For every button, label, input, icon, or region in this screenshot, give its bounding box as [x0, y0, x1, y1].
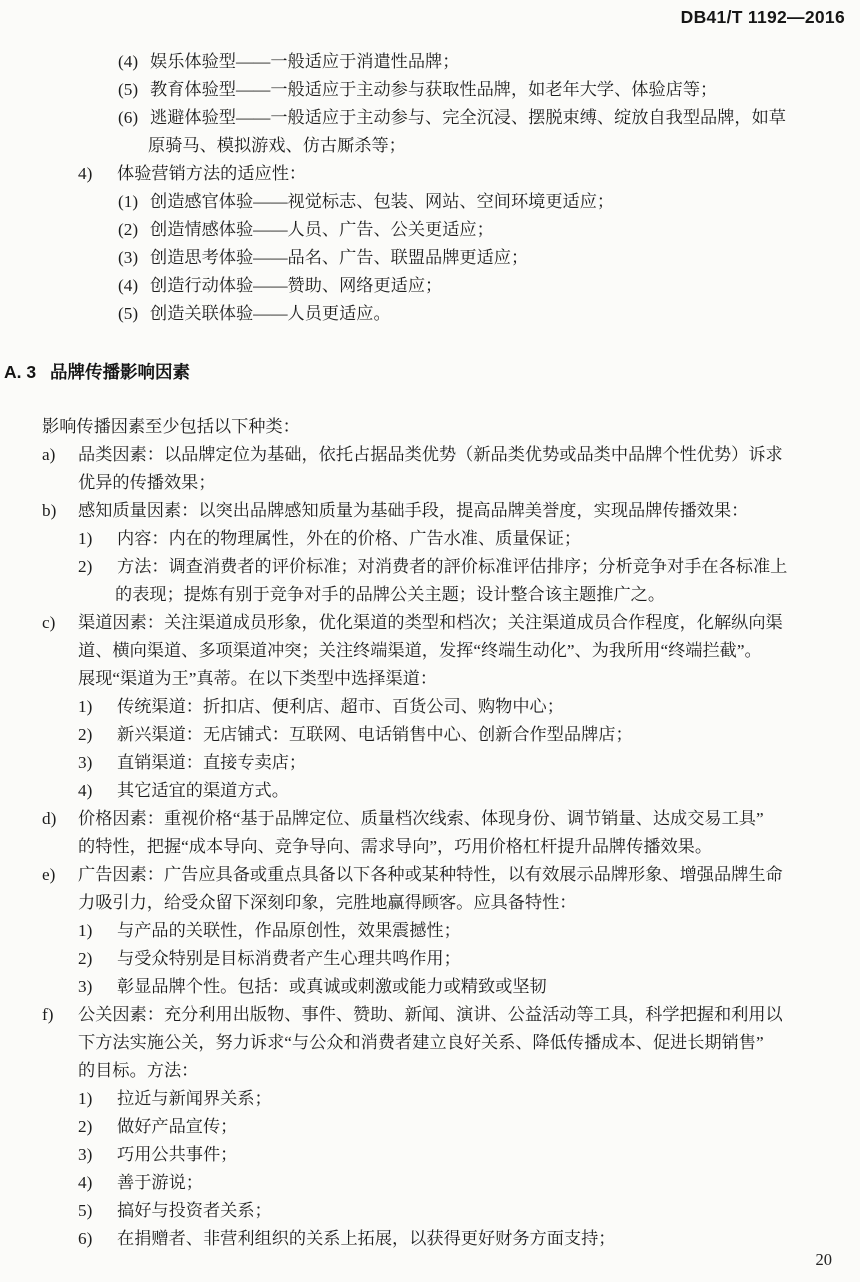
line-marker: (3): [118, 244, 150, 272]
line-marker: 6): [78, 1225, 117, 1253]
line-text: 创造感官体验——视觉标志、包装、网站、空间环境更适应；: [150, 192, 614, 211]
doc-line: 3)直销渠道：直接专卖店；: [0, 749, 860, 777]
line-text: 优异的传播效果；: [78, 473, 216, 492]
doc-line: (2)创造情感体验——人员、广告、公关更适应；: [0, 216, 860, 244]
doc-line: 下方法实施公关，努力诉求“与公众和消费者建立良好关系、降低传播成本、促进长期销售…: [0, 1029, 860, 1057]
doc-line: b)感知质量因素：以突出品牌感知质量为基础手段，提高品牌美誉度，实现品牌传播效果…: [0, 497, 860, 525]
line-text: 创造行动体验——赞助、网络更适应；: [150, 276, 442, 295]
doc-line: 2)与受众特别是目标消费者产生心理共鸣作用；: [0, 945, 860, 973]
line-marker: f): [42, 1001, 78, 1029]
doc-line: (6)逃避体验型——一般适应于主动参与、完全沉浸、摆脱束缚、绽放自我型品牌，如草: [0, 104, 860, 132]
line-marker: (6): [118, 104, 150, 132]
line-text: 创造情感体验——人员、广告、公关更适应；: [150, 220, 494, 239]
doc-line: 3)彰显品牌个性。包括：或真诚或刺激或能力或精致或坚韧: [0, 973, 860, 1001]
line-text: 品牌传播影响因素: [50, 362, 190, 382]
doc-line: 1)内容：内在的物理属性，外在的价格、广告水准、质量保证；: [0, 525, 860, 553]
line-text: 在捐赠者、非营利组织的关系上拓展，以获得更好财务方面支持；: [117, 1229, 615, 1248]
doc-line: 1)传统渠道：折扣店、便利店、超市、百货公司、购物中心；: [0, 693, 860, 721]
line-text: 教育体验型——一般适应于主动参与获取性品牌，如老年大学、体验店等；: [150, 80, 717, 99]
line-marker: (2): [118, 216, 150, 244]
doc-line: 的特性，把握“成本导向、竞争导向、需求导向”，巧用价格杠杆提升品牌传播效果。: [0, 833, 860, 861]
line-text: 原骑马、模拟游戏、仿古厮杀等；: [148, 136, 406, 155]
doc-line: f)公关因素：充分利用出版物、事件、赞助、新闻、演讲、公益活动等工具，科学把握和…: [0, 1001, 860, 1029]
line-marker: 1): [78, 1085, 117, 1113]
doc-line: c)渠道因素：关注渠道成员形象，优化渠道的类型和档次；关注渠道成员合作程度，化解…: [0, 609, 860, 637]
doc-line: (4)创造行动体验——赞助、网络更适应；: [0, 272, 860, 300]
doc-line: d)价格因素：重视价格“基于品牌定位、质量档次线索、体现身份、调节销量、达成交易…: [0, 805, 860, 833]
doc-line: 原骑马、模拟游戏、仿古厮杀等；: [0, 132, 860, 160]
line-text: 与受众特别是目标消费者产生心理共鸣作用；: [117, 949, 461, 968]
line-text: 与产品的关联性，作品原创性，效果震撼性；: [117, 921, 461, 940]
line-marker: a): [42, 441, 78, 469]
doc-line: 展现“渠道为王”真蒂。在以下类型中选择渠道：: [0, 665, 860, 693]
doc-line: (1)创造感官体验——视觉标志、包装、网站、空间环境更适应；: [0, 188, 860, 216]
line-text: 公关因素：充分利用出版物、事件、赞助、新闻、演讲、公益活动等工具，科学把握和利用…: [78, 1005, 783, 1024]
line-marker: A. 3: [4, 358, 50, 386]
doc-line: (3)创造思考体验——品名、广告、联盟品牌更适应；: [0, 244, 860, 272]
line-text: 的表现；提炼有别于竞争对手的品牌公关主题；设计整合该主题推广之。: [115, 585, 665, 604]
line-text: 彰显品牌个性。包括：或真诚或刺激或能力或精致或坚韧: [117, 977, 547, 996]
line-marker: (1): [118, 188, 150, 216]
line-text: 展现“渠道为王”真蒂。在以下类型中选择渠道：: [78, 669, 437, 688]
doc-line: 2)方法：调查消费者的评价标准；对消费者的評价标准评估排序；分析竞争对手在各标准…: [0, 553, 860, 581]
line-text: 力吸引力，给受众留下深刻印象，完胜地赢得顾客。应具备特性：: [78, 893, 576, 912]
doc-line: 4)体验营销方法的适应性：: [0, 160, 860, 188]
line-text: 创造关联体验——人员更适应。: [150, 304, 391, 323]
line-marker: 1): [78, 525, 117, 553]
line-marker: 3): [78, 973, 117, 1001]
doc-line: 6)在捐赠者、非营利组织的关系上拓展，以获得更好财务方面支持；: [0, 1225, 860, 1253]
line-text: 下方法实施公关，努力诉求“与公众和消费者建立良好关系、降低传播成本、促进长期销售…: [78, 1033, 764, 1052]
doc-line: 优异的传播效果；: [0, 469, 860, 497]
line-marker: 2): [78, 945, 117, 973]
doc-line: 的表现；提炼有别于竞争对手的品牌公关主题；设计整合该主题推广之。: [0, 581, 860, 609]
doc-line: 4)其它适宜的渠道方式。: [0, 777, 860, 805]
line-text: 拉近与新闻界关系；: [117, 1089, 272, 1108]
line-text: 内容：内在的物理属性，外在的价格、广告水准、质量保证；: [117, 529, 581, 548]
line-text: 娱乐体验型——一般适应于消遣性品牌；: [150, 52, 459, 71]
line-text: 创造思考体验——品名、广告、联盟品牌更适应；: [150, 248, 528, 267]
doc-line: (5)创造关联体验——人员更适应。: [0, 300, 860, 328]
line-text: 搞好与投资者关系；: [117, 1201, 272, 1220]
line-marker: 4): [78, 160, 117, 188]
line-marker: 3): [78, 1141, 117, 1169]
doc-line: (4)娱乐体验型——一般适应于消遣性品牌；: [0, 48, 860, 76]
line-text: 直销渠道：直接专卖店；: [117, 753, 306, 772]
doc-line: 的目标。方法：: [0, 1057, 860, 1085]
line-marker: (4): [118, 272, 150, 300]
line-text: 做好产品宣传；: [117, 1117, 237, 1136]
doc-line: 2)做好产品宣传；: [0, 1113, 860, 1141]
line-text: 方法：调查消费者的评价标准；对消费者的評价标准评估排序；分析竞争对手在各标准上: [117, 557, 787, 576]
doc-line: A. 3品牌传播影响因素: [0, 358, 860, 386]
doc-line: 1)拉近与新闻界关系；: [0, 1085, 860, 1113]
line-text: 广告因素：广告应具备或重点具备以下各种或某种特性，以有效展示品牌形象、增强品牌生…: [78, 865, 783, 884]
line-marker: 5): [78, 1197, 117, 1225]
line-text: 新兴渠道：无店铺式：互联网、电话销售中心、创新合作型品牌店；: [117, 725, 633, 744]
doc-line: 1)与产品的关联性，作品原创性，效果震撼性；: [0, 917, 860, 945]
line-text: 品类因素：以品牌定位为基础，依托占据品类优势（新品类优势或品类中品牌个性优势）诉…: [78, 445, 783, 464]
line-marker: (5): [118, 300, 150, 328]
line-marker: b): [42, 497, 78, 525]
line-text: 巧用公共事件；: [117, 1145, 237, 1164]
line-marker: 1): [78, 917, 117, 945]
doc-line: (5)教育体验型——一般适应于主动参与获取性品牌，如老年大学、体验店等；: [0, 76, 860, 104]
doc-line: 4)善于游说；: [0, 1169, 860, 1197]
line-marker: e): [42, 861, 78, 889]
line-marker: 2): [78, 553, 117, 581]
doc-line: 3)巧用公共事件；: [0, 1141, 860, 1169]
line-text: 的目标。方法：: [78, 1061, 198, 1080]
line-text: 体验营销方法的适应性：: [117, 164, 306, 183]
document-body: (4)娱乐体验型——一般适应于消遣性品牌； (5)教育体验型——一般适应于主动参…: [0, 48, 860, 1253]
doc-line: 5)搞好与投资者关系；: [0, 1197, 860, 1225]
line-text: 其它适宜的渠道方式。: [117, 781, 289, 800]
line-text: 逃避体验型——一般适应于主动参与、完全沉浸、摆脱束缚、绽放自我型品牌，如草: [150, 108, 786, 127]
line-marker: (4): [118, 48, 150, 76]
document-code-header: DB41/T 1192—2016: [681, 7, 845, 28]
doc-line: e)广告因素：广告应具备或重点具备以下各种或某种特性，以有效展示品牌形象、增强品…: [0, 861, 860, 889]
line-text: 价格因素：重视价格“基于品牌定位、质量档次线索、体现身份、调节销量、达成交易工具…: [78, 809, 764, 828]
line-text: 感知质量因素：以突出品牌感知质量为基础手段，提高品牌美誉度，实现品牌传播效果：: [78, 501, 748, 520]
line-text: 渠道因素：关注渠道成员形象，优化渠道的类型和档次；关注渠道成员合作程度，化解纵向…: [78, 613, 783, 632]
line-text: 传统渠道：折扣店、便利店、超市、百货公司、购物中心；: [117, 697, 564, 716]
line-text: 善于游说；: [117, 1173, 203, 1192]
line-text: 影响传播因素至少包括以下种类：: [42, 417, 300, 436]
line-marker: 3): [78, 749, 117, 777]
line-marker: c): [42, 609, 78, 637]
line-marker: 4): [78, 1169, 117, 1197]
doc-line: 道、横向渠道、多项渠道冲突；关注终端渠道，发挥“终端生动化”、为我所用“终端拦截…: [0, 637, 860, 665]
line-marker: 2): [78, 1113, 117, 1141]
line-marker: 4): [78, 777, 117, 805]
line-text: 的特性，把握“成本导向、竞争导向、需求导向”，巧用价格杠杆提升品牌传播效果。: [78, 837, 712, 856]
line-text: 道、横向渠道、多项渠道冲突；关注终端渠道，发挥“终端生动化”、为我所用“终端拦截…: [78, 641, 762, 660]
doc-line: 力吸引力，给受众留下深刻印象，完胜地赢得顾客。应具备特性：: [0, 889, 860, 917]
line-marker: 1): [78, 693, 117, 721]
doc-line: a)品类因素：以品牌定位为基础，依托占据品类优势（新品类优势或品类中品牌个性优势…: [0, 441, 860, 469]
doc-line: 影响传播因素至少包括以下种类：: [0, 413, 860, 441]
line-marker: (5): [118, 76, 150, 104]
page-number: 20: [816, 1250, 833, 1270]
line-marker: 2): [78, 721, 117, 749]
doc-line: 2)新兴渠道：无店铺式：互联网、电话销售中心、创新合作型品牌店；: [0, 721, 860, 749]
line-marker: d): [42, 805, 78, 833]
